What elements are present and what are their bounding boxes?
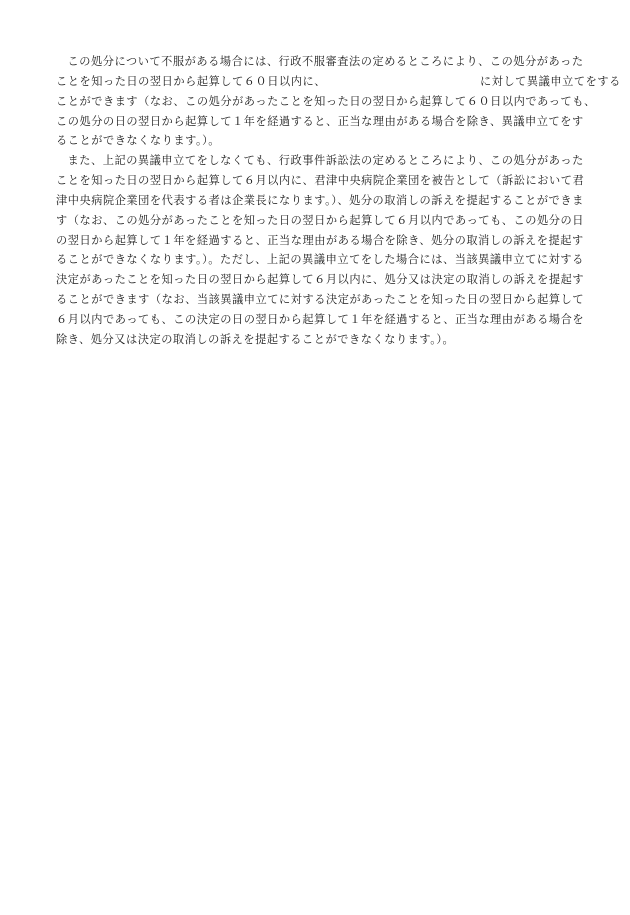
text-line: 除き、処分又は決定の取消しの訴えを提起することができなくなります。）。 [56,330,592,350]
text-line-head: ことを知った日の翌日から起算して６０日以内に、 [56,75,326,88]
text-line: ることができます（なお、当該異議申立てに対する決定があったことを知った日の翌日か… [56,290,592,310]
text-line: この処分について不服がある場合には、行政不服審査法の定めるところにより、この処分… [56,52,592,72]
text-line: ることができなくなります。）。ただし、上記の異議申立てをした場合には、当該異議申… [56,250,592,270]
document-page: この処分について不服がある場合には、行政不服審査法の定めるところにより、この処分… [0,0,630,915]
text-line: す（なお、この処分があったことを知った日の翌日から起算して６月以内であっても、こ… [56,211,592,231]
text-line-tail: に対して異議申立てをする [480,75,621,88]
text-line: この処分の日の翌日から起算して１年を経過すると、正当な理由がある場合を除き、異議… [56,112,592,132]
text-line: また、上記の異議申立てをしなくても、行政事件訴訟法の定めるところにより、この処分… [56,151,592,171]
text-line: の翌日から起算して１年を経過すると、正当な理由がある場合を除き、処分の取消しの訴… [56,231,592,251]
text-line: ことを知った日の翌日から起算して６０日以内に、に対して異議申立てをする [56,72,592,92]
text-line: ことを知った日の翌日から起算して６月以内に、君津中央病院企業団を被告として（訴訟… [56,171,592,191]
lawsuit-paragraph: また、上記の異議申立てをしなくても、行政事件訴訟法の定めるところにより、この処分… [56,151,592,349]
text-line: ことができます（なお、この処分があったことを知った日の翌日から起算して６０日以内… [56,92,592,112]
objection-paragraph: この処分について不服がある場合には、行政不服審査法の定めるところにより、この処分… [56,52,592,151]
document-body: この処分について不服がある場合には、行政不服審査法の定めるところにより、この処分… [56,52,592,350]
text-line: 決定があったことを知った日の翌日から起算して６月以内に、処分又は決定の取消しの訴… [56,270,592,290]
text-line: 津中央病院企業団を代表する者は企業長になります。）、処分の取消しの訴えを提起する… [56,191,592,211]
text-line: ることができなくなります。）。 [56,131,592,151]
text-line: ６月以内であっても、この決定の日の翌日から起算して１年を経過すると、正当な理由が… [56,310,592,330]
